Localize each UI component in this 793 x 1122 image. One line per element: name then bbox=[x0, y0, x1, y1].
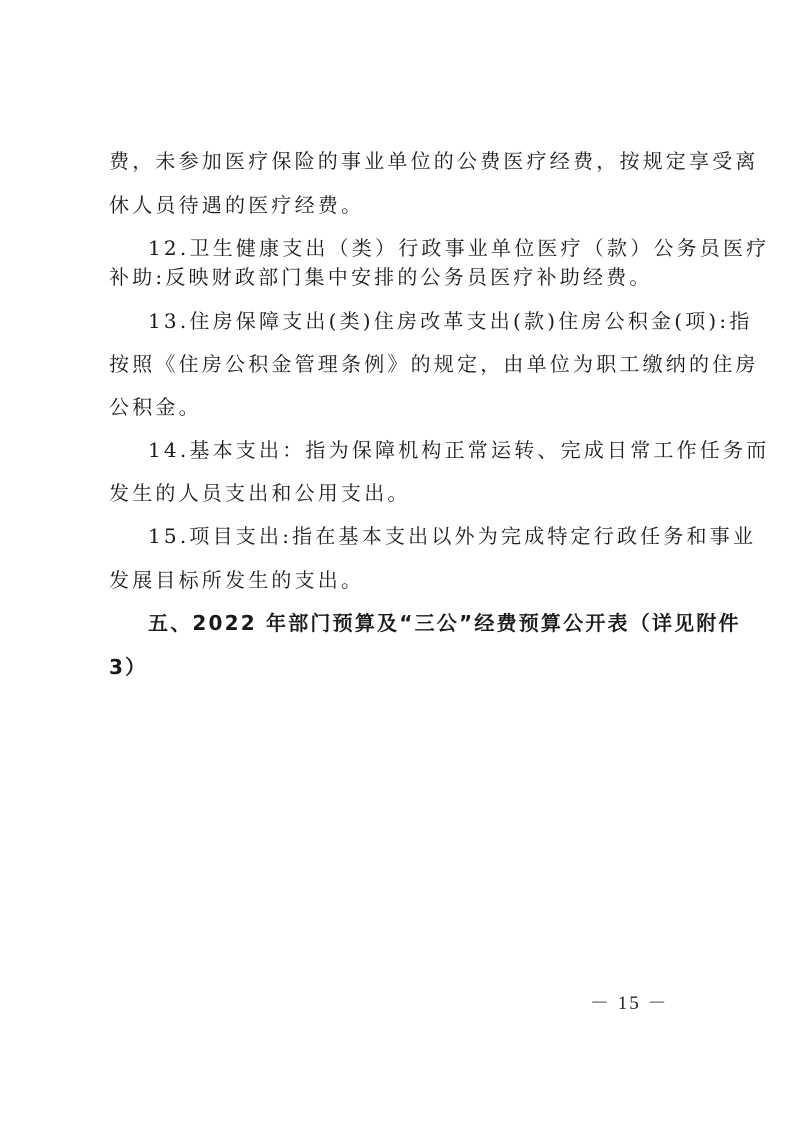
item-13-line: 13.住房保障支出(类)住房改革支出(款)住房公积金(项):指 bbox=[148, 308, 738, 334]
item-15-line: 15.项目支出:指在基本支出以外为完成特定行政任务和事业 bbox=[148, 523, 738, 549]
paragraph-line: 费，未参加医疗保险的事业单位的公费医疗经费，按规定享受离 bbox=[109, 148, 699, 174]
document-page: 费，未参加医疗保险的事业单位的公费医疗经费，按规定享受离 休人员待遇的医疗经费。… bbox=[0, 0, 793, 1122]
paragraph-line: 发生的人员支出和公用支出。 bbox=[109, 480, 699, 506]
page-number: － 15 － bbox=[590, 988, 669, 1015]
section-heading-continued: 3） bbox=[109, 654, 699, 680]
item-12-line: 12.卫生健康支出（类）行政事业单位医疗（款）公务员医疗 bbox=[148, 235, 738, 261]
paragraph-line: 补助:反映财政部门集中安排的公务员医疗补助经费。 bbox=[109, 264, 699, 290]
paragraph-line: 发展目标所发生的支出。 bbox=[109, 567, 699, 593]
section-heading: 五、2022 年部门预算及“三公”经费预算公开表（详见附件 bbox=[148, 610, 738, 636]
paragraph-line: 按照《住房公积金管理条例》的规定，由单位为职工缴纳的住房 bbox=[109, 351, 699, 377]
paragraph-line: 休人员待遇的医疗经费。 bbox=[109, 192, 699, 218]
paragraph-line: 公积金。 bbox=[109, 394, 699, 420]
item-14-line: 14.基本支出：指为保障机构正常运转、完成日常工作任务而 bbox=[148, 437, 738, 463]
